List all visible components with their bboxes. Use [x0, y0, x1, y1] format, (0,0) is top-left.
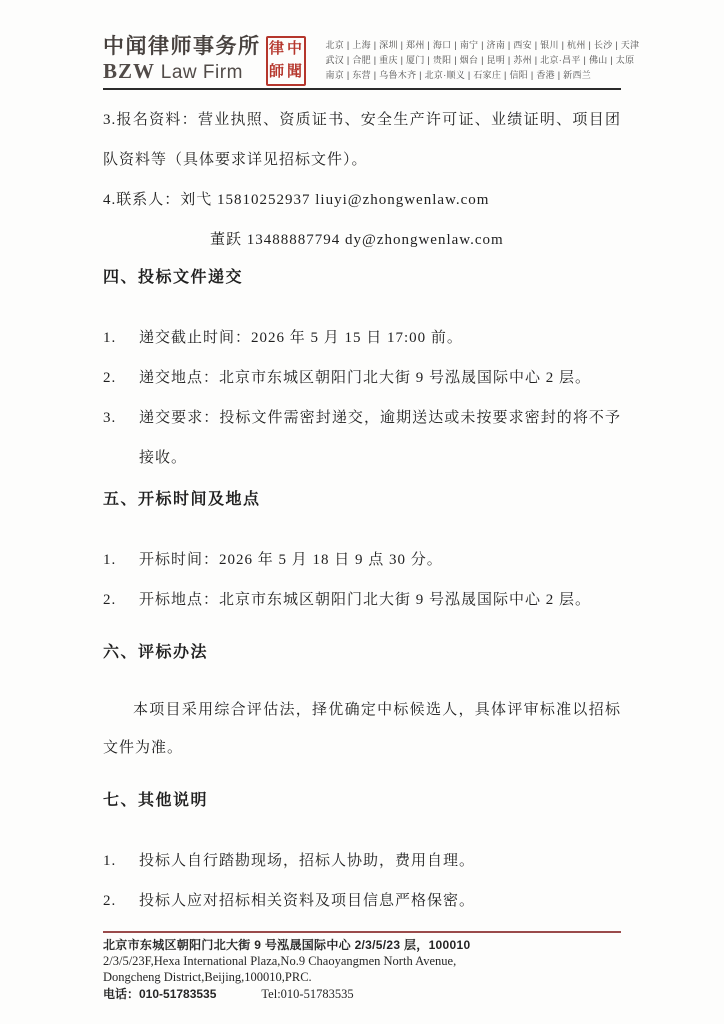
evaluation-method-paragraph: 本项目采用综合评估法，择优确定中标候选人，具体评审标准以招标文件为准。 [103, 691, 621, 767]
item-number: 1. [103, 318, 139, 358]
list-item: 2. 递交地点：北京市东城区朝阳门北大街 9 号泓晟国际中心 2 层。 [103, 358, 621, 398]
list-item: 1. 投标人自行踏勘现场，招标人协助，费用自理。 [103, 841, 621, 881]
page-footer: 北京市东城区朝阳门北大街 9 号泓晟国际中心 2/3/5/23 层，100010… [103, 931, 621, 1003]
firm-logo-text: 中闻律师事务所 BZW Law Firm [103, 36, 261, 83]
item-number: 3. [103, 398, 139, 478]
item-number: 1. [103, 841, 139, 881]
bid-opening-list: 1. 开标时间：2026 年 5 月 18 日 9 点 30 分。 2. 开标地… [103, 540, 621, 620]
item-text: 开标地点：北京市东城区朝阳门北大街 9 号泓晟国际中心 2 层。 [139, 580, 621, 620]
letterhead: 中闻律师事务所 BZW Law Firm 律 中 師 聞 北京 | 上海 | 深… [103, 0, 621, 90]
section-title-bid-opening: 五、开标时间及地点 [103, 488, 621, 512]
item-number: 1. [103, 540, 139, 580]
footer-phone-english: Tel:010-51783535 [261, 987, 353, 1001]
firm-logo: 中闻律师事务所 BZW Law Firm 律 中 師 聞 [103, 36, 306, 86]
office-city-list: 北京 | 上海 | 深圳 | 郑州 | 海口 | 南宁 | 济南 | 西安 | … [326, 38, 640, 83]
section-title-evaluation-method: 六、评标办法 [103, 641, 621, 665]
list-item: 2. 投标人应对招标相关资料及项目信息严格保密。 [103, 881, 621, 921]
list-item: 2. 开标地点：北京市东城区朝阳门北大街 9 号泓晟国际中心 2 层。 [103, 580, 621, 620]
city-list-line-2: 武汉 | 合肥 | 重庆 | 厦门 | 贵阳 | 烟台 | 昆明 | 苏州 | … [326, 53, 640, 68]
registration-materials-item: 3.报名资料：营业执照、资质证书、安全生产许可证、业绩证明、项目团队资料等（具体… [103, 100, 621, 180]
item-text: 递交截止时间：2026 年 5 月 15 日 17:00 前。 [139, 318, 621, 358]
footer-phone-chinese: 电话：010-51783535 [103, 987, 216, 1001]
firm-name-chinese: 中闻律师事务所 [103, 36, 261, 58]
item-text: 递交要求：投标文件需密封递交，逾期送达或未按要求密封的将不予接收。 [139, 398, 621, 478]
seal-char-bottom-right: 聞 [286, 61, 304, 84]
city-list-line-3: 南京 | 东营 | 乌鲁木齐 | 北京·顺义 | 石家庄 | 信阳 | 香港 |… [326, 68, 640, 83]
seal-char-bottom-left: 師 [268, 61, 286, 84]
document-page: 中闻律师事务所 BZW Law Firm 律 中 師 聞 北京 | 上海 | 深… [0, 0, 724, 1024]
seal-char-top-right: 中 [286, 38, 304, 61]
firm-name-lawfirm: Law Firm [155, 62, 243, 83]
item-text: 投标人应对招标相关资料及项目信息严格保密。 [139, 881, 621, 921]
firm-name-english: BZW Law Firm [103, 60, 261, 83]
footer-address-english-line1: 2/3/5/23F,Hexa International Plaza,No.9 … [103, 954, 621, 970]
contact-person-2: 董跃 13488887794 dy@zhongwenlaw.com [103, 220, 621, 260]
item-number: 2. [103, 881, 139, 921]
list-item: 1. 开标时间：2026 年 5 月 18 日 9 点 30 分。 [103, 540, 621, 580]
section-title-bid-submission: 四、投标文件递交 [103, 266, 621, 290]
item-text: 投标人自行踏勘现场，招标人协助，费用自理。 [139, 841, 621, 881]
footer-address-english-line2: Dongcheng District,Beijing,100010,PRC. [103, 970, 621, 986]
list-item: 1. 递交截止时间：2026 年 5 月 15 日 17:00 前。 [103, 318, 621, 358]
item-number: 2. [103, 580, 139, 620]
bid-submission-list: 1. 递交截止时间：2026 年 5 月 15 日 17:00 前。 2. 递交… [103, 318, 621, 478]
item-number: 2. [103, 358, 139, 398]
footer-address-chinese: 北京市东城区朝阳门北大街 9 号泓晟国际中心 2/3/5/23 层，100010 [103, 937, 621, 954]
red-seal-stamp-icon: 律 中 師 聞 [266, 36, 306, 86]
list-item: 3. 递交要求：投标文件需密封递交，逾期送达或未按要求密封的将不予接收。 [103, 398, 621, 478]
footer-phone-row: 电话：010-51783535 Tel:010-51783535 [103, 986, 621, 1003]
firm-name-bzw: BZW [103, 59, 155, 83]
seal-char-top-left: 律 [268, 38, 286, 61]
item-text: 开标时间：2026 年 5 月 18 日 9 点 30 分。 [139, 540, 621, 580]
city-list-line-1: 北京 | 上海 | 深圳 | 郑州 | 海口 | 南宁 | 济南 | 西安 | … [326, 38, 640, 53]
other-notes-list: 1. 投标人自行踏勘现场，招标人协助，费用自理。 2. 投标人应对招标相关资料及… [103, 841, 621, 921]
section-title-other-notes: 七、其他说明 [103, 789, 621, 813]
contact-person-item: 4.联系人：刘弋 15810252937 liuyi@zhongwenlaw.c… [103, 180, 621, 220]
intro-paragraphs: 3.报名资料：营业执照、资质证书、安全生产许可证、业绩证明、项目团队资料等（具体… [103, 100, 621, 260]
item-text: 递交地点：北京市东城区朝阳门北大街 9 号泓晟国际中心 2 层。 [139, 358, 621, 398]
